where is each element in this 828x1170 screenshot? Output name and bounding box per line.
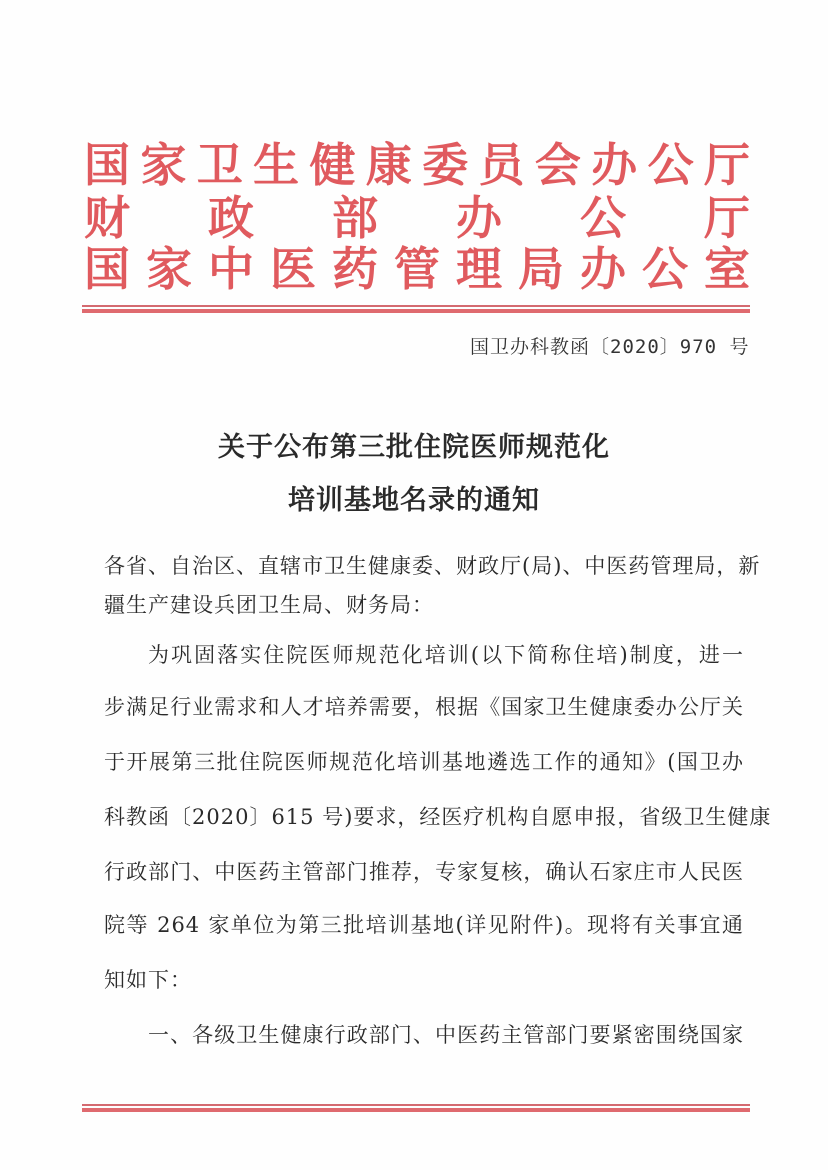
letterhead-char: 国 <box>82 140 132 190</box>
letterhead-divider <box>82 305 750 313</box>
body-line: 为巩固落实住院医师规范化培训(以下简称住培)制度，进一 <box>148 639 744 669</box>
letterhead-char: 药 <box>330 244 380 294</box>
body-line: 各省、自治区、直辖市卫生健康委、财政厅(局)、中医药管理局，新 <box>104 550 744 580</box>
body-line: 科教函〔2020〕615 号)要求，经医疗机构自愿申报，省级卫生健康 <box>104 801 744 831</box>
letterhead-char: 室 <box>702 244 752 294</box>
body-line: 知如下： <box>104 964 744 994</box>
body-line: 一、各级卫生健康行政部门、中医药主管部门要紧密围绕国家 <box>148 1019 744 1049</box>
document-number: 国卫办科教函〔2020〕970 号 <box>470 332 750 359</box>
letterhead-char: 厅 <box>702 140 752 190</box>
body-line: 院等 264 家单位为第三批培训基地(详见附件)。现将有关事宜通 <box>104 909 744 939</box>
letterhead-char: 部 <box>330 193 380 243</box>
letterhead-char: 员 <box>477 140 527 190</box>
letterhead-char: 财 <box>82 193 132 243</box>
letterhead-char: 局 <box>516 244 566 294</box>
letterhead-char: 中 <box>206 244 256 294</box>
letterhead-char: 国 <box>82 244 132 294</box>
letterhead-row-2: 财 政 部 办 公 厅 <box>82 193 752 243</box>
letterhead-char: 健 <box>307 140 357 190</box>
letterhead-char: 厅 <box>702 193 752 243</box>
footer-divider <box>82 1104 750 1112</box>
letterhead-char: 理 <box>454 244 504 294</box>
letterhead-char: 会 <box>533 140 583 190</box>
letterhead-row-3: 国 家 中 医 药 管 理 局 办 公 室 <box>82 244 752 294</box>
document-title-line-2: 培训基地名录的通知 <box>0 478 828 517</box>
letterhead-char: 公 <box>640 244 690 294</box>
letterhead-char: 办 <box>589 140 639 190</box>
body-line: 疆生产建设兵团卫生局、财务局： <box>104 589 744 619</box>
letterhead-char: 医 <box>268 244 318 294</box>
letterhead-char: 办 <box>578 244 628 294</box>
letterhead-char: 管 <box>392 244 442 294</box>
document-page: 国 家 卫 生 健 康 委 员 会 办 公 厅 财 政 部 办 公 厅 国 家 … <box>0 0 828 1170</box>
letterhead-char: 生 <box>251 140 301 190</box>
letterhead-char: 康 <box>364 140 414 190</box>
body-line: 行政部门、中医药主管部门推荐，专家复核，确认石家庄市人民医 <box>104 856 744 886</box>
letterhead-char: 公 <box>578 193 628 243</box>
letterhead-char: 家 <box>144 244 194 294</box>
letterhead-char: 委 <box>420 140 470 190</box>
letterhead-char: 公 <box>646 140 696 190</box>
body-line: 步满足行业需求和人才培养需要，根据《国家卫生健康委办公厅关 <box>104 691 744 721</box>
letterhead-row-1: 国 家 卫 生 健 康 委 员 会 办 公 厅 <box>82 140 752 190</box>
document-title-line-1: 关于公布第三批住院医师规范化 <box>0 425 828 464</box>
letterhead-char: 政 <box>206 193 256 243</box>
letterhead-char: 办 <box>454 193 504 243</box>
body-line: 于开展第三批住院医师规范化培训基地遴选工作的通知》(国卫办 <box>104 746 744 776</box>
letterhead-char: 卫 <box>195 140 245 190</box>
letterhead-char: 家 <box>138 140 188 190</box>
